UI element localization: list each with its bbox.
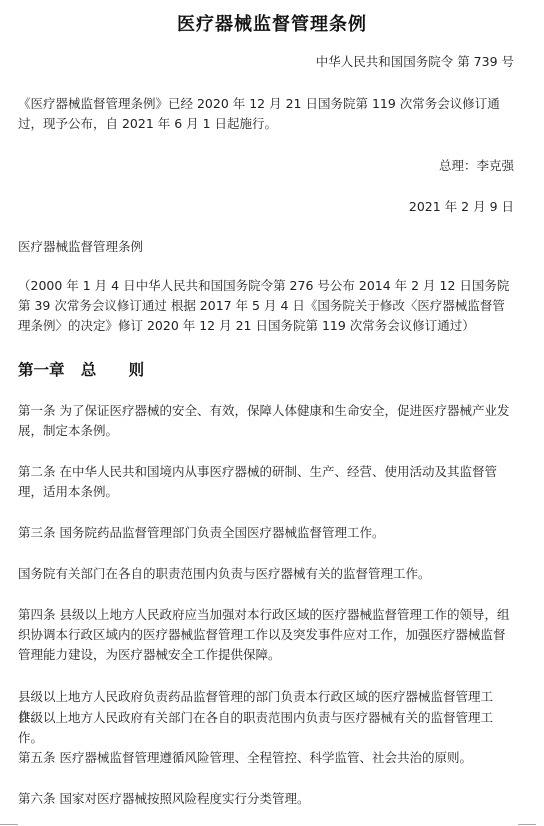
- page-corner-mark-left: [0, 824, 18, 825]
- article-3-paragraph-2: 国务院有关部门在各自的职责范围内负责与医疗器械有关的监督管理工作。: [18, 564, 516, 584]
- issue-date: 2021 年 2 月 9 日: [409, 197, 514, 217]
- article-4: 第四条 县级以上地方人民政府应当加强对本行政区域的医疗器械监督管理工作的领导，组…: [18, 605, 516, 665]
- chapter-heading: 第一章 总 则: [18, 358, 144, 380]
- article-2: 第二条 在中华人民共和国境内从事医疗器械的研制、生产、经营、使用活动及其监督管理…: [18, 462, 516, 502]
- regulation-subtitle: 医疗器械监督管理条例: [18, 237, 143, 257]
- article-5: 第五条 医疗器械监督管理遵循风险管理、全程管控、科学监管、社会共治的原则。: [18, 748, 516, 768]
- article-1: 第一条 为了保证医疗器械的安全、有效，保障人体健康和生命安全，促进医疗器械产业发…: [18, 401, 516, 441]
- document-title: 医疗器械监督管理条例: [0, 10, 544, 36]
- revision-history: （2000 年 1 月 4 日中华人民共和国国务院令第 276 号公布 2014…: [18, 276, 516, 336]
- signature: 总理：李克强: [439, 156, 514, 176]
- article-4-paragraph-3: 县级以上地方人民政府有关部门在各自的职责范围内负责与医疗器械有关的监督管理工作。: [18, 708, 516, 748]
- article-6: 第六条 国家对医疗器械按照风险程度实行分类管理。: [18, 789, 516, 809]
- announcement-paragraph: 《医疗器械监督管理条例》已经 2020 年 12 月 21 日国务院第 119 …: [18, 94, 516, 134]
- page-corner-mark-right: [518, 824, 536, 825]
- article-3: 第三条 国务院药品监督管理部门负责全国医疗器械监督管理工作。: [18, 523, 516, 543]
- decree-number: 中华人民共和国国务院令 第 739 号: [316, 52, 514, 72]
